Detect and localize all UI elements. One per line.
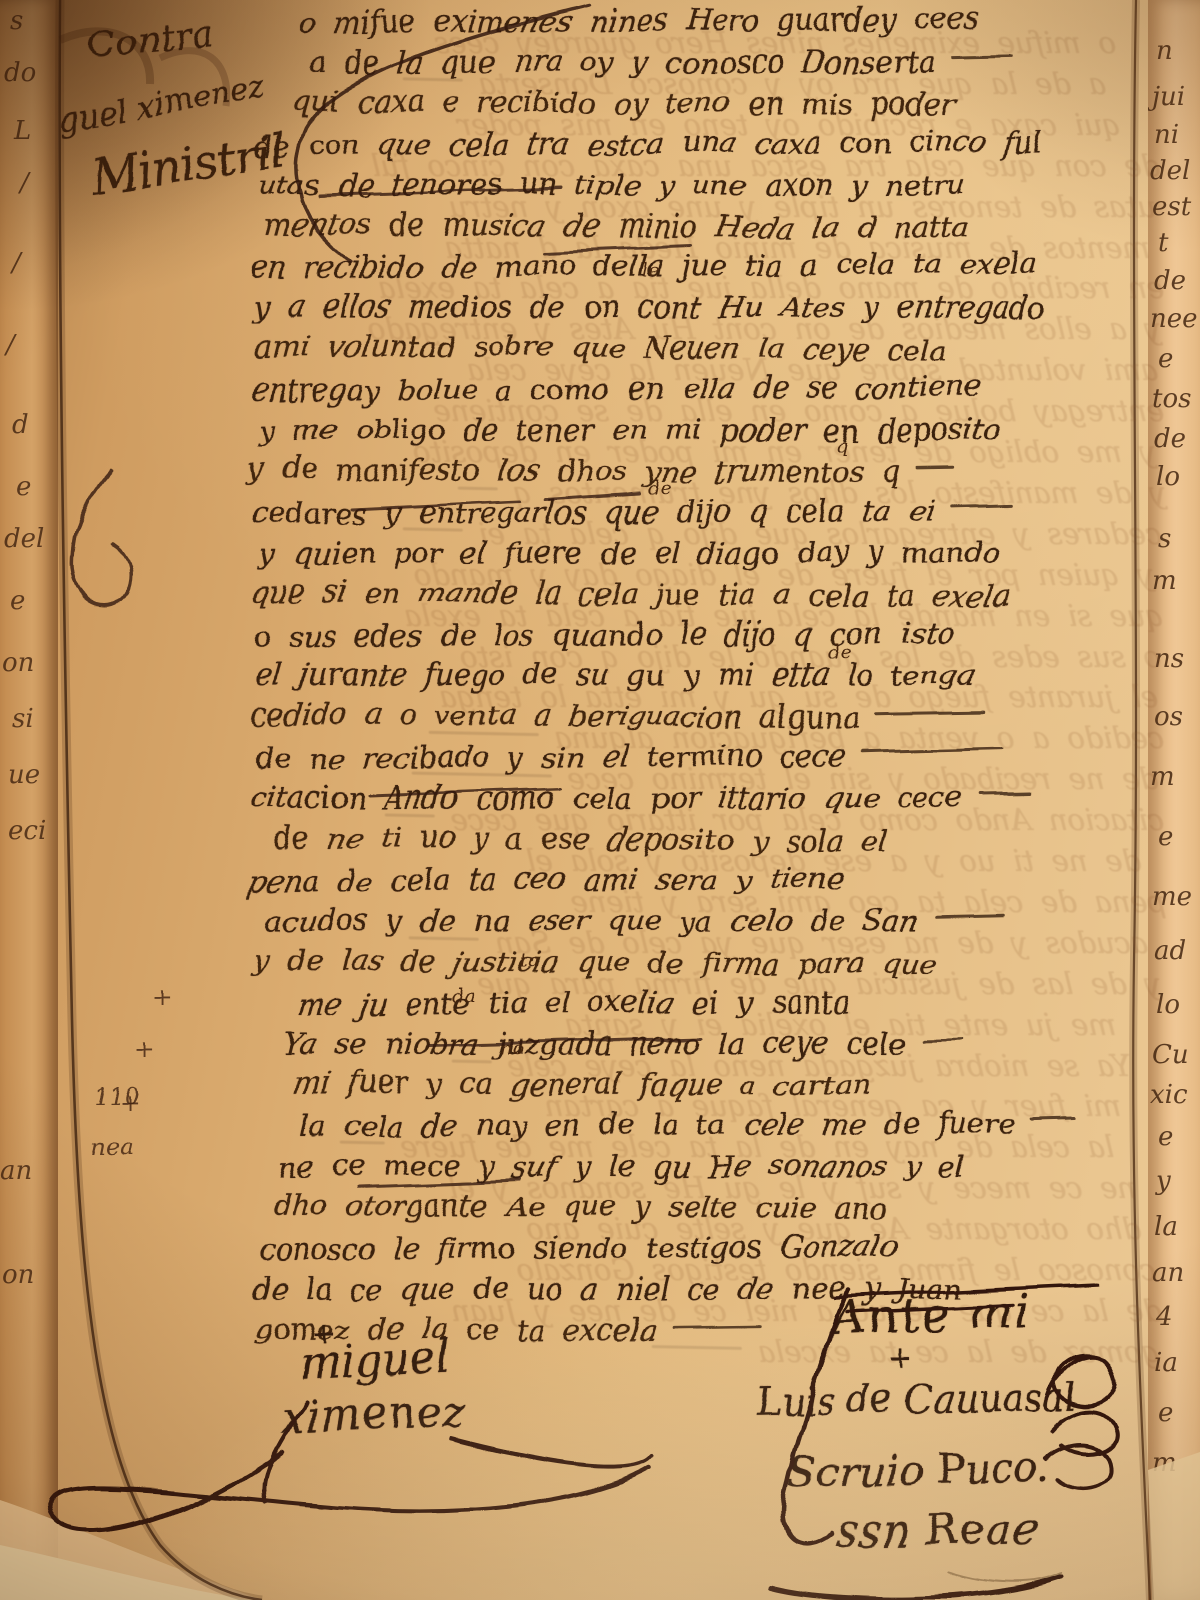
escribano-publico-text: Scruio Puco.: [788, 1444, 1051, 1497]
superscript-layer: leqdedetadano: [0, 0, 1200, 1600]
superscript-word: le: [642, 258, 659, 280]
signature-cross-right: +: [888, 1340, 913, 1375]
superscript-word: de: [828, 640, 851, 662]
superscript-word: ta: [520, 948, 539, 970]
manuscript-page-photo: sdoL///dedeleonsiueecianon njuinidelestt…: [0, 0, 1200, 1600]
escribano-real-text: ssn Reae: [836, 1504, 1039, 1558]
superscript-word: no: [500, 1036, 524, 1058]
ante-mi-text: Ante mi: [831, 1285, 1032, 1347]
signature-ximenez: ximenez: [279, 1387, 468, 1443]
superscript-word: da: [452, 984, 476, 1006]
superscript-word: de: [648, 476, 671, 498]
signature-luis-de-carvajal: Luis de Cauuasal: [756, 1375, 1078, 1424]
superscript-word: q: [836, 434, 848, 456]
signature-miguel: miguel: [299, 1332, 450, 1390]
